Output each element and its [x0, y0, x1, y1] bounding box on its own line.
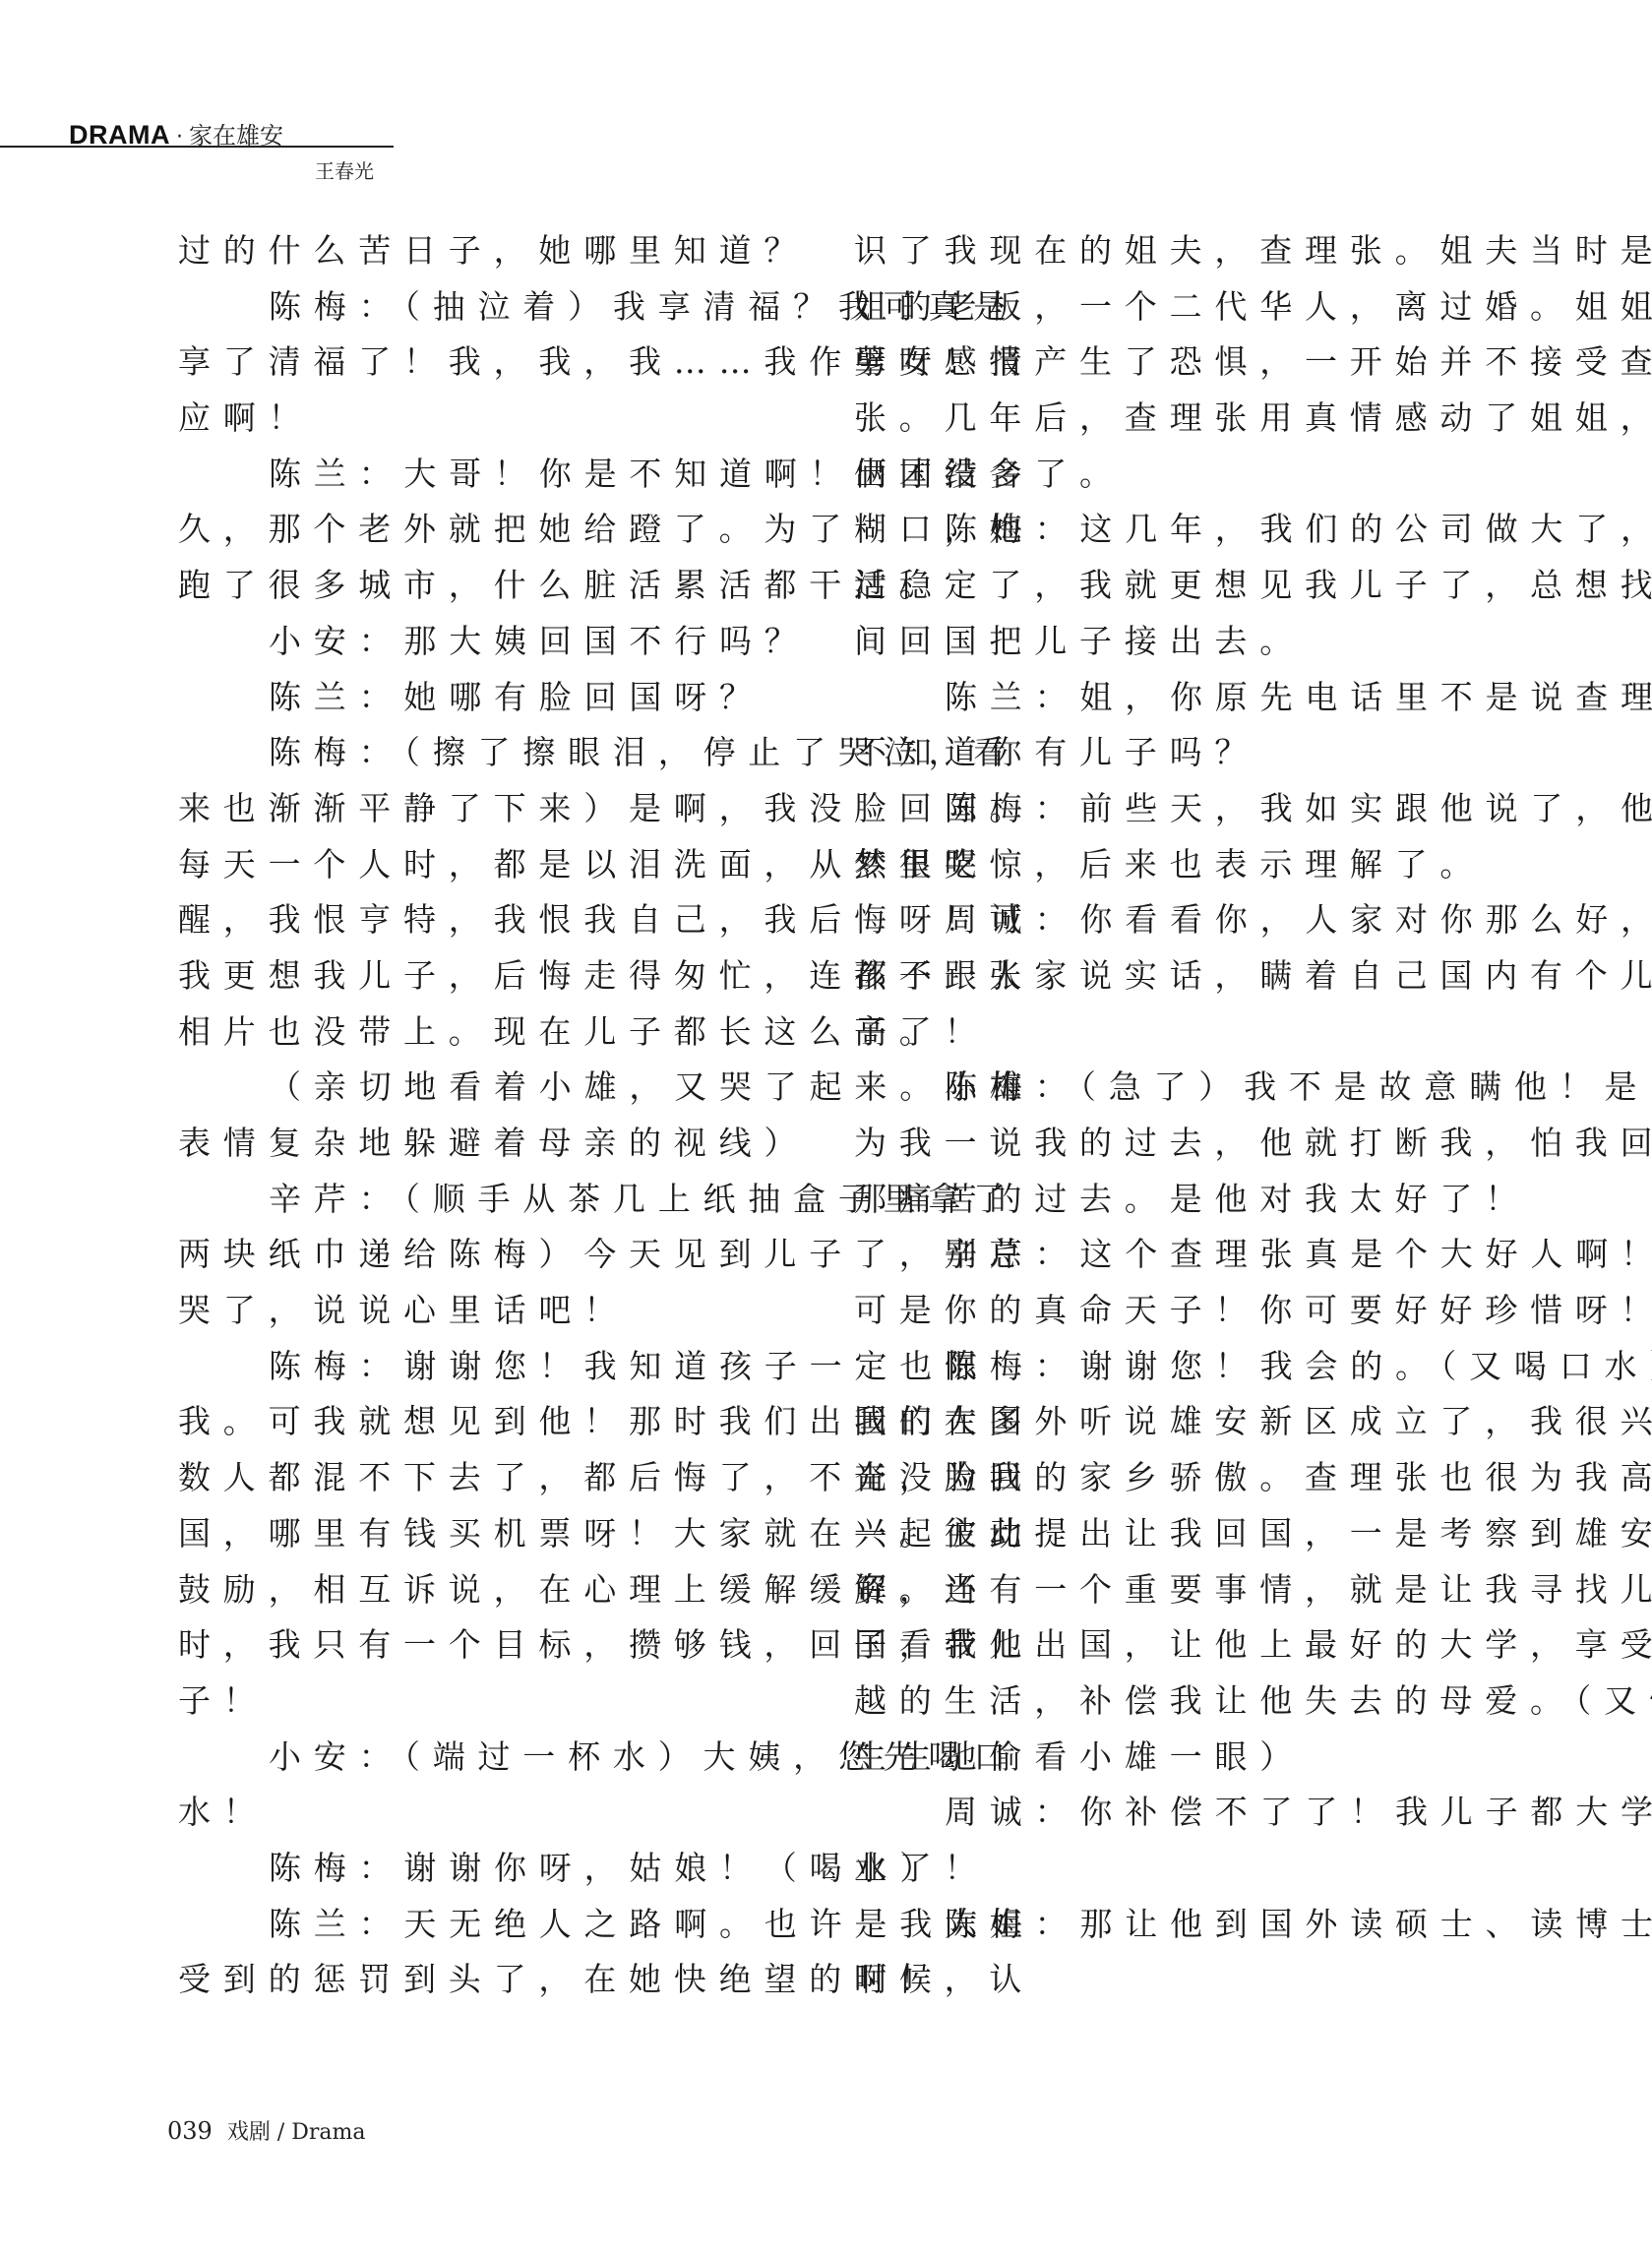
text-line: 活稳定了，我就更想见我儿子了，总想找时 [854, 558, 1503, 614]
text-line: 越的生活，补偿我让他失去的母爱。（又怯 [854, 1674, 1503, 1730]
text-line: 子。 [854, 1005, 1503, 1061]
text-line: 享了清福了！我，我，我……我作孽呀！报 [178, 335, 827, 391]
text-line: 辛芹：这个查理张真是个大好人啊！他 [854, 1227, 1503, 1283]
header-rule [0, 146, 394, 148]
text-line: 资，还有一个重要事情，就是让我寻找儿 [854, 1562, 1503, 1618]
author-name: 王春光 [315, 155, 374, 184]
text-line: 小安：那大姨回国不行吗？ [178, 614, 827, 670]
text-line: 陈梅：这几年，我们的公司做大了，生 [854, 502, 1503, 558]
text-line: 哭了，说说心里话吧！ [178, 1283, 827, 1339]
text-line: 可是你的真命天子！你可要好好珍惜呀！ [854, 1283, 1503, 1339]
text-line: 间回国把儿子接出去。 [854, 614, 1503, 670]
text-line: 时，我只有一个目标，攒够钱，回国看我儿 [178, 1617, 827, 1674]
text-line: 为我一说我的过去，他就打断我，怕我回忆 [854, 1116, 1503, 1172]
text-line: 每天一个人时，都是以泪洗面，从梦里哭 [178, 837, 827, 893]
text-line: 鼓励，相互诉说，在心理上缓解缓解。当 [178, 1562, 827, 1618]
text-line: 表情复杂地躲避着母亲的视线） [178, 1116, 827, 1172]
text-line: 陈梅：谢谢你呀，姑娘！（喝水） [178, 1841, 827, 1897]
text-line: 啊！ [854, 1952, 1503, 2008]
text-line: 国，哪里有钱买机票呀！大家就在一起彼此 [178, 1506, 827, 1562]
magazine-name: 戏剧 / Drama [227, 2120, 366, 2145]
text-line: 数人都混不下去了，都后悔了，不光没脸回 [178, 1450, 827, 1506]
text-line: 久，那个老外就把她给蹬了。为了糊口，她 [178, 502, 827, 558]
text-line: 那痛苦的过去。是他对我太好了！ [854, 1172, 1503, 1228]
page-number: 039 [167, 2117, 213, 2145]
text-line: 生生地偷看小雄一眼） [854, 1730, 1503, 1786]
text-line: 奋，为我的家乡骄傲。查理张也很为我高 [854, 1450, 1503, 1506]
page-footer: 039 戏剧 / Drama [167, 2115, 365, 2146]
text-line: 男女感情产生了恐惧，一开始并不接受查理 [854, 335, 1503, 391]
text-line: 陈兰：大哥！你是不知道啊！出国没多 [178, 447, 827, 503]
text-line: 过的什么苦日子，她哪里知道？ [178, 223, 827, 279]
text-line: 陈兰：她哪有脸回国呀？ [178, 670, 827, 726]
text-line: 水！ [178, 1785, 827, 1841]
text-line: 受到的惩罚到头了，在她快绝望的时候，认 [178, 1952, 827, 2008]
text-line: 不知道你有儿子吗？ [854, 725, 1503, 781]
text-line: （亲切地看着小雄，又哭了起来。小雄 [178, 1060, 827, 1116]
text-column-left: 过的什么苦日子，她哪里知道？陈梅：（抽泣着）我享清福？我可真是享了清福了！我，我… [178, 223, 827, 2008]
text-line: 陈梅：（急了）我不是故意瞒他！是因 [854, 1060, 1503, 1116]
text-line: 小安：（端过一杯水）大姨，您先喝口 [178, 1730, 827, 1786]
text-line: 周诚：你补偿不了了！我儿子都大学毕 [854, 1785, 1503, 1841]
text-line: 子！ [178, 1674, 827, 1730]
text-line: 周诚：你看看你，人家对你那么好，你 [854, 892, 1503, 948]
text-line: 都不跟人家说实话，瞒着自己国内有个儿 [854, 948, 1503, 1005]
text-line: 陈梅：那让他到国外读硕士、读博士 [854, 1897, 1503, 1953]
text-line: 跑了很多城市，什么脏活累活都干过。 [178, 558, 827, 614]
text-line: 陈梅：前些天，我如实跟他说了，他虽 [854, 781, 1503, 837]
text-line: 醒，我恨亨特，我恨我自己，我后悔呀！可 [178, 892, 827, 948]
text-line: 张。几年后，查理张用真情感动了姐姐，他 [854, 391, 1503, 447]
text-line: 然很吃惊，后来也表示理解了。 [854, 837, 1503, 893]
text-line: 我们在国外听说雄安新区成立了，我很兴 [854, 1394, 1503, 1450]
text-line: 应啊！ [178, 391, 827, 447]
text-line: 子，带他出国，让他上最好的大学，享受优 [854, 1617, 1503, 1674]
text-line: 两块纸巾递给陈梅）今天见到儿子了，别总 [178, 1227, 827, 1283]
text-line: 陈兰：姐，你原先电话里不是说查理张 [854, 670, 1503, 726]
text-line: 姐的老板，一个二代华人，离过婚。姐姐对 [854, 279, 1503, 335]
text-line: 陈梅：谢谢您！我会的。（又喝口水） [854, 1339, 1503, 1395]
text-line: 识了我现在的姐夫，查理张。姐夫当时是姐 [854, 223, 1503, 279]
text-line: 俩才结合了。 [854, 447, 1503, 503]
text-line: 陈梅：谢谢您！我知道孩子一定也恨 [178, 1339, 827, 1395]
text-line: 陈梅：（擦了擦眼泪，停止了哭泣，看 [178, 725, 827, 781]
text-column-right: 识了我现在的姐夫，查理张。姐夫当时是姐姐的老板，一个二代华人，离过婚。姐姐对男女… [854, 223, 1503, 2008]
text-line: 陈梅：（抽泣着）我享清福？我可真是 [178, 279, 827, 335]
text-line: 我更想我儿子，后悔走得匆忙，连孩子一张 [178, 948, 827, 1005]
text-line: 相片也没带上。现在儿子都长这么高了！ [178, 1005, 827, 1061]
text-line: 辛芹：（顺手从茶几上纸抽盒子里拿了 [178, 1172, 827, 1228]
text-line: 业了！ [854, 1841, 1503, 1897]
text-line: 兴。主动提出让我回国，一是考察到雄安投 [854, 1506, 1503, 1562]
text-line: 来也渐渐平静了下来）是啊，我没脸回国。 [178, 781, 827, 837]
text-line: 我。可我就想见到他！那时我们出国的大多 [178, 1394, 827, 1450]
text-line: 陈兰：天无绝人之路啊。也许是我大姐 [178, 1897, 827, 1953]
